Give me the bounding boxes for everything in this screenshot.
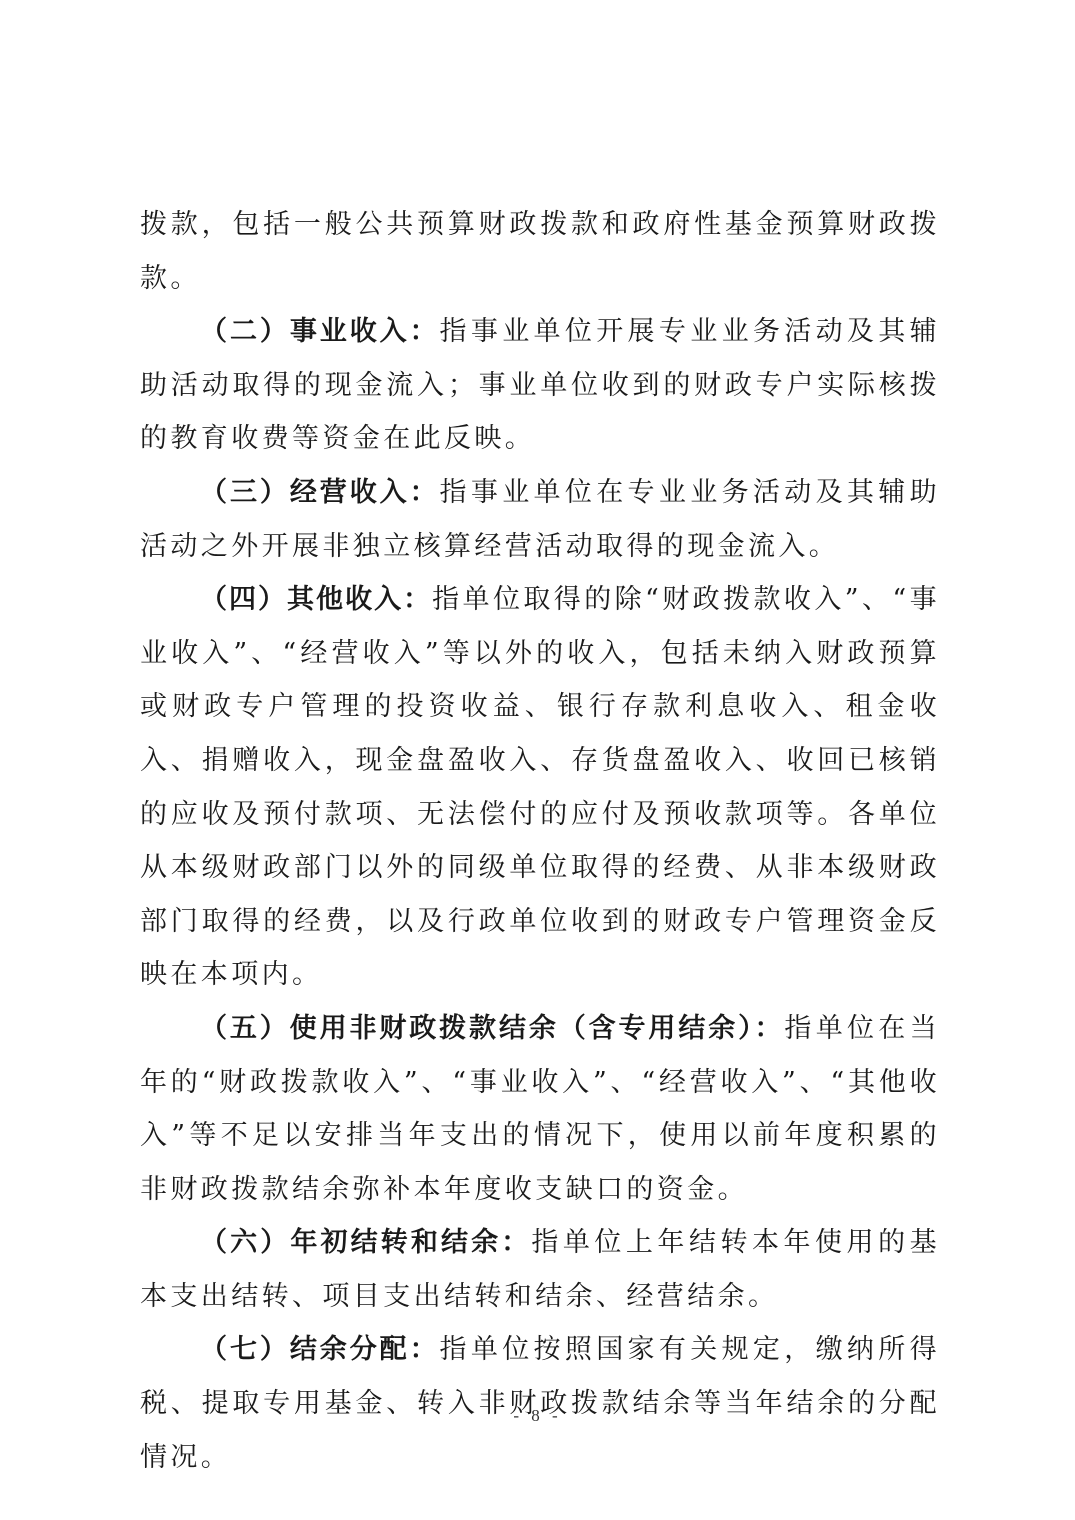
paragraph-heading: （四）其他收入： — [200, 584, 432, 615]
page-number: - 8 - — [0, 1406, 1075, 1426]
paragraph-heading: （五）使用非财政拨款结余（含专用结余）： — [200, 1013, 784, 1044]
paragraph-carryover: （六）年初结转和结余：指单位上年结转本年使用的基本支出结转、项目支出结转和结余、… — [140, 1216, 940, 1323]
paragraph-heading: （六）年初结转和结余： — [200, 1227, 531, 1258]
paragraph-heading: （七）结余分配： — [200, 1334, 440, 1365]
paragraph-text: 指单位取得的除“财政拨款收入”、“事业收入”、“经营收入”等以外的收入，包括未纳… — [140, 584, 940, 990]
paragraph-non-fiscal-balance: （五）使用非财政拨款结余（含专用结余）：指单位在当年的“财政拨款收入”、“事业收… — [140, 1002, 940, 1216]
paragraph-business-income: （二）事业收入：指事业单位开展专业业务活动及其辅助活动取得的现金流入；事业单位收… — [140, 305, 940, 466]
document-body: 拨款，包括一般公共预算财政拨款和政府性基金预算财政拨款。 （二）事业收入：指事业… — [140, 198, 940, 1484]
paragraph-other-income: （四）其他收入：指单位取得的除“财政拨款收入”、“事业收入”、“经营收入”等以外… — [140, 573, 940, 1002]
paragraph-text: 拨款，包括一般公共预算财政拨款和政府性基金预算财政拨款。 — [140, 209, 940, 294]
paragraph-heading: （二）事业收入： — [200, 316, 440, 347]
paragraph-balance-distribution: （七）结余分配：指单位按照国家有关规定，缴纳所得税、提取专用基金、转入非财政拨款… — [140, 1323, 940, 1484]
paragraph-operating-income: （三）经营收入：指事业单位在专业业务活动及其辅助活动之外开展非独立核算经营活动取… — [140, 466, 940, 573]
paragraph-heading: （三）经营收入： — [200, 477, 440, 508]
paragraph-continuation: 拨款，包括一般公共预算财政拨款和政府性基金预算财政拨款。 — [140, 198, 940, 305]
document-page: 拨款，包括一般公共预算财政拨款和政府性基金预算财政拨款。 （二）事业收入：指事业… — [0, 0, 1075, 1520]
